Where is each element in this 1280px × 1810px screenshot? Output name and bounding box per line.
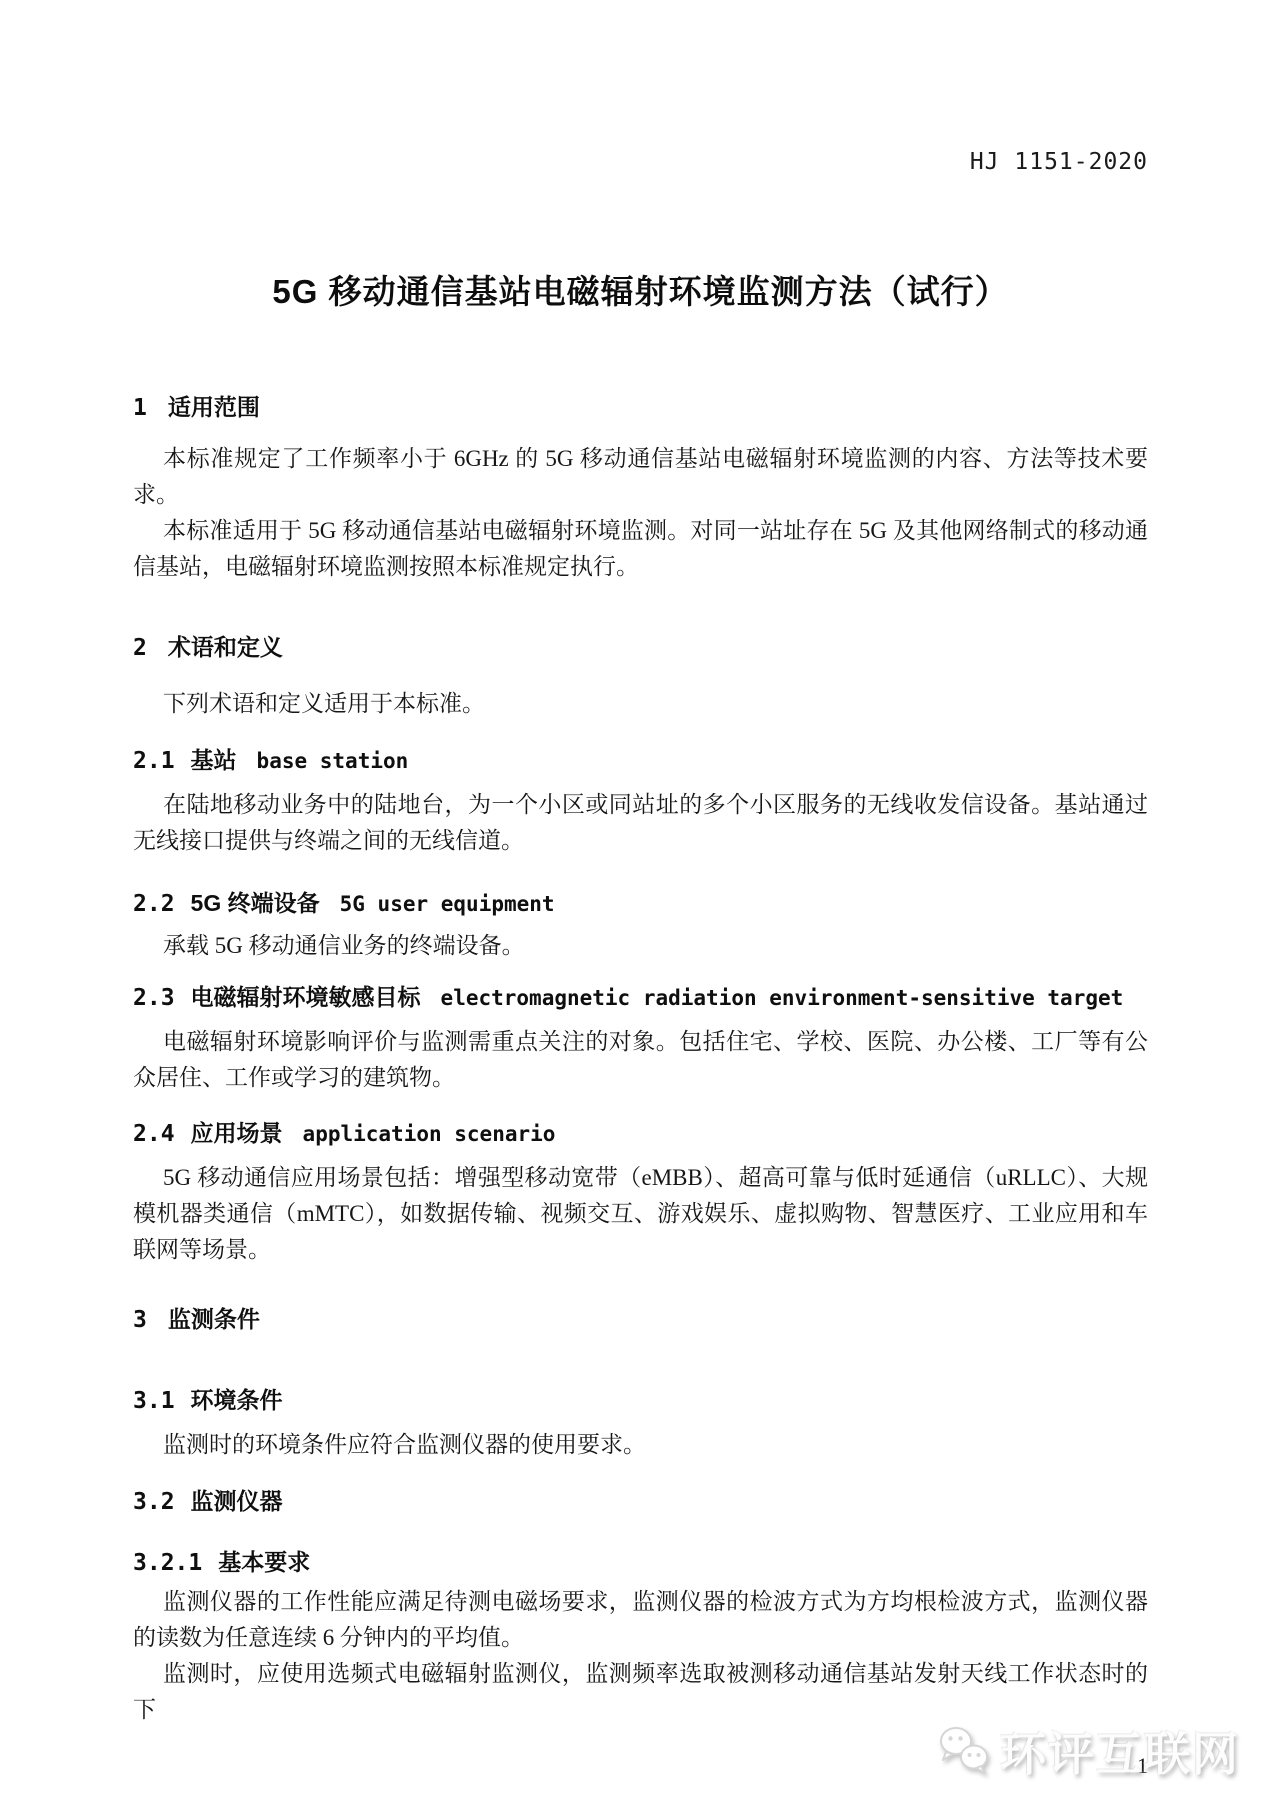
subsection-number: 3.1: [133, 1388, 175, 1414]
term-2-4-heading: 2.4应用场景application scenario: [133, 1118, 1148, 1149]
subsection-number: 3.2: [133, 1489, 175, 1515]
watermark: 环评互联网: [936, 1718, 1240, 1784]
term-number: 2.3: [133, 985, 175, 1011]
section-title: 监测条件: [168, 1306, 260, 1332]
term-title-en: base station: [257, 749, 409, 773]
paragraph-term-2-4: 5G 移动通信应用场景包括：增强型移动宽带（eMBB）、超高可靠与低时延通信（u…: [133, 1160, 1148, 1268]
paragraph-term-2-3: 电磁辐射环境影响评价与监测需重点关注的对象。包括住宅、学校、医院、办公楼、工厂等…: [133, 1024, 1148, 1096]
watermark-text: 环评互联网: [1000, 1718, 1240, 1784]
paragraph-scope-1: 本标准规定了工作频率小于 6GHz 的 5G 移动通信基站电磁辐射环境监测的内容…: [133, 441, 1148, 513]
paragraph-3-1: 监测时的环境条件应符合监测仪器的使用要求。: [133, 1427, 1148, 1463]
term-title-zh: 基站: [191, 747, 237, 773]
doc-title: 5G 移动通信基站电磁辐射环境监测方法（试行）: [133, 270, 1148, 314]
section-1-heading: 1适用范围: [133, 392, 1148, 423]
paragraph-terms-intro: 下列术语和定义适用于本标准。: [133, 686, 1148, 722]
term-title-en: application scenario: [303, 1122, 556, 1146]
term-title-zh: 5G 终端设备: [191, 890, 320, 916]
subsection-title: 基本要求: [218, 1549, 310, 1575]
subsection-title: 监测仪器: [191, 1488, 283, 1514]
subsection-3-2-heading: 3.2监测仪器: [133, 1486, 1148, 1517]
term-title-en: 5G user equipment: [340, 892, 555, 916]
paragraph-3-2-1a: 监测仪器的工作性能应满足待测电磁场要求，监测仪器的检波方式为方均根检波方式，监测…: [133, 1584, 1148, 1656]
term-number: 2.2: [133, 891, 175, 917]
term-number: 2.4: [133, 1121, 175, 1147]
section-number: 3: [133, 1307, 147, 1333]
section-title: 适用范围: [168, 394, 260, 420]
term-2-1-heading: 2.1基站base station: [133, 745, 1148, 776]
section-3-heading: 3监测条件: [133, 1304, 1148, 1335]
subsection-3-2-1-heading: 3.2.1基本要求: [133, 1547, 1148, 1578]
term-title-zh: 电磁辐射环境敏感目标: [191, 984, 421, 1010]
term-2-2-heading: 2.25G 终端设备5G user equipment: [133, 888, 1148, 919]
term-title-zh: 应用场景: [191, 1120, 283, 1146]
doc-number: HJ 1151-2020: [133, 150, 1148, 175]
subsection-number: 3.2.1: [133, 1550, 202, 1576]
page-content: HJ 1151-2020 5G 移动通信基站电磁辐射环境监测方法（试行） 1适用…: [0, 0, 1280, 1781]
subsection-3-1-heading: 3.1环境条件: [133, 1385, 1148, 1416]
section-number: 1: [133, 395, 147, 421]
term-number: 2.1: [133, 748, 175, 774]
paragraph-term-2-1: 在陆地移动业务中的陆地台，为一个小区或同站址的多个小区服务的无线收发信设备。基站…: [133, 787, 1148, 859]
paragraph-scope-2: 本标准适用于 5G 移动通信基站电磁辐射环境监测。对同一站址存在 5G 及其他网…: [133, 513, 1148, 585]
section-number: 2: [133, 635, 147, 661]
chat-bubbles-icon: [936, 1723, 992, 1779]
paragraph-term-2-2: 承载 5G 移动通信业务的终端设备。: [133, 928, 1148, 964]
document-page: HJ 1151-2020 5G 移动通信基站电磁辐射环境监测方法（试行） 1适用…: [0, 0, 1280, 1810]
term-2-3-heading: 2.3电磁辐射环境敏感目标electromagnetic radiation e…: [133, 982, 1148, 1013]
term-title-en: electromagnetic radiation environment-se…: [441, 986, 1124, 1010]
subsection-title: 环境条件: [191, 1387, 283, 1413]
section-2-heading: 2术语和定义: [133, 632, 1148, 663]
section-title: 术语和定义: [168, 634, 283, 660]
